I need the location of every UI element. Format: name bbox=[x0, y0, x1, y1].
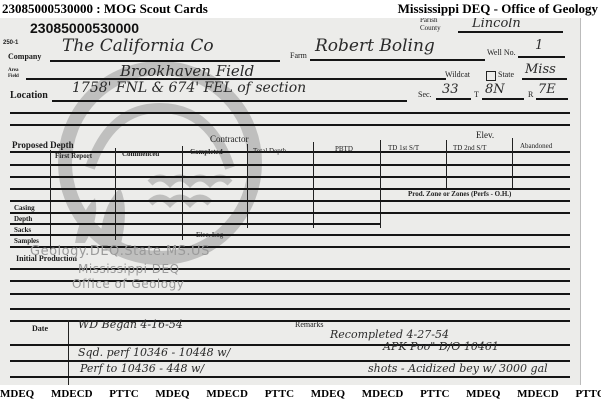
footer-item: MDECD bbox=[206, 388, 248, 400]
footer-item: MDEQ bbox=[466, 388, 500, 400]
well-no-value: 1 bbox=[535, 38, 543, 53]
field-value: Brookhaven Field bbox=[120, 62, 254, 80]
company-value: The California Co bbox=[62, 36, 214, 56]
record-title: 23085000530000 : MOG Scout Cards bbox=[2, 0, 208, 18]
footer-banner: MDEQ MDECD PTTC MDEQ MDECD PTTC MDEQ MDE… bbox=[0, 388, 601, 405]
contractor-label: Contractor bbox=[210, 134, 249, 144]
scout-card-image: 23085000530000 250-1 Parish County Linco… bbox=[0, 18, 581, 385]
farm-value: Robert Boling bbox=[315, 36, 435, 56]
col-first-report: First Report bbox=[55, 152, 92, 160]
watermark-url: Geology.DEQ.State.MS.US bbox=[30, 244, 210, 259]
t-value: 8N bbox=[485, 82, 505, 97]
footer-item: MDECD bbox=[362, 388, 404, 400]
remark-line-5: Perf to 10436 - 448 w/ bbox=[80, 362, 204, 375]
area-field-label: Area Field bbox=[8, 68, 28, 80]
sec-value: 33 bbox=[442, 82, 459, 97]
parish-county-label: Parish County bbox=[420, 18, 450, 32]
farm-label: Farm bbox=[290, 51, 307, 60]
elec-log-label: Elec. Log bbox=[196, 231, 223, 239]
col-td-1st-st: TD 1st S/T bbox=[388, 144, 419, 152]
location-value: 1758' FNL & 674' FEL of section bbox=[72, 80, 306, 96]
well-no-label: Well No. bbox=[487, 48, 516, 57]
state-checkbox bbox=[486, 71, 496, 81]
col-td-2nd-st: TD 2nd S/T bbox=[453, 144, 486, 152]
casing-label: Casing bbox=[14, 204, 35, 212]
remark-line-6: shots - Acidized bey w/ 3000 gal bbox=[368, 362, 548, 375]
col-total-depth: Total Depth bbox=[253, 147, 286, 155]
footer-item: PTTC bbox=[575, 388, 601, 400]
watermark-agency: Mississippi DEQ bbox=[78, 262, 180, 276]
depth-label: Depth bbox=[14, 215, 32, 223]
state-value: Miss bbox=[525, 62, 556, 77]
footer-item: PTTC bbox=[109, 388, 138, 400]
footer-item: MDEQ bbox=[311, 388, 345, 400]
company-label: Company bbox=[8, 52, 41, 61]
location-label: Location bbox=[10, 90, 48, 101]
form-number: 250-1 bbox=[3, 40, 18, 46]
watermark-office: Office of Geology bbox=[72, 277, 184, 291]
date-label: Date bbox=[32, 324, 48, 333]
remark-line-3: Sqd. perf 10346 - 10448 w/ bbox=[78, 346, 230, 359]
col-commenced: Commenced bbox=[122, 150, 159, 158]
sec-label: Sec. bbox=[418, 90, 432, 99]
wildcat-label: Wildcat bbox=[445, 70, 470, 79]
col-completed: Completed bbox=[190, 148, 223, 156]
state-label: State bbox=[498, 70, 514, 79]
footer-item: PTTC bbox=[265, 388, 294, 400]
footer-item: MDEQ bbox=[0, 388, 34, 400]
col-abandoned: Abandoned bbox=[520, 142, 552, 150]
col-pbtd: PBTD bbox=[335, 145, 353, 153]
county-value: Lincoln bbox=[472, 18, 521, 31]
r-value: 7E bbox=[538, 82, 556, 97]
proposed-depth-label: Proposed Depth bbox=[12, 140, 74, 150]
elev-label: Elev. bbox=[476, 130, 494, 140]
remark-line-4: APK Poo" D/O 10461 bbox=[383, 340, 499, 353]
remarks-label: Remarks bbox=[295, 320, 323, 329]
footer-item: PTTC bbox=[420, 388, 449, 400]
sacks-label: Sacks bbox=[14, 226, 31, 234]
footer-item: MDECD bbox=[51, 388, 93, 400]
agency-title: Mississippi DEQ - Office of Geology bbox=[398, 0, 598, 18]
r-label: R bbox=[528, 90, 533, 99]
footer-item: MDEQ bbox=[155, 388, 189, 400]
remark-line-1: WD Began 4-16-54 bbox=[78, 318, 183, 331]
prod-zone-label: Prod. Zone or Zones (Perfs - O.H.) bbox=[408, 190, 511, 198]
api-number: 23085000530000 bbox=[30, 20, 139, 36]
t-label: T bbox=[474, 90, 479, 99]
footer-item: MDECD bbox=[517, 388, 559, 400]
